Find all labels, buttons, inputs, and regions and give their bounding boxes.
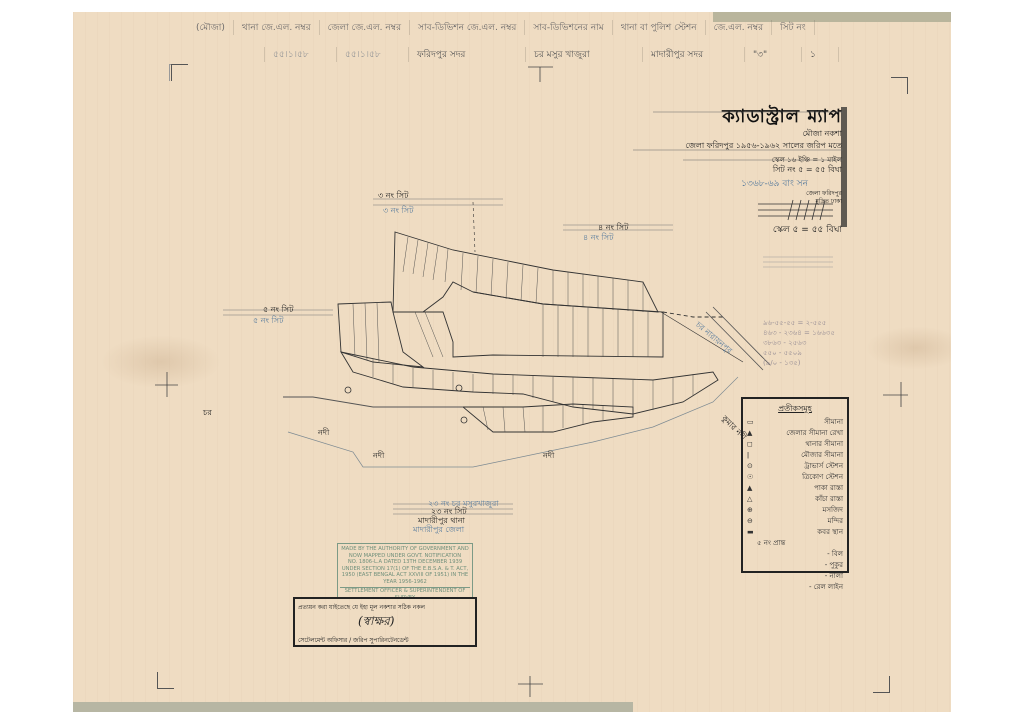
legend-item: ⊕মসজিদ xyxy=(747,505,843,515)
signature: (স্বাক্ষর) xyxy=(298,613,472,633)
legend-item: ⊙ট্রাভার্স স্টেশন xyxy=(747,461,843,471)
map-sheet: (মৌজা) থানা জে.এল. নম্বর জেলা জে.এল. নম্… xyxy=(73,12,951,712)
legend-symbol-icon: ◻ xyxy=(747,440,757,448)
stamp-line: NO. 1806-L.A DATED 13TH DECEMBER 1939 xyxy=(340,559,470,566)
legend-symbol-icon: ⊙ xyxy=(747,462,757,470)
legend-item: ▬কবর স্থান xyxy=(747,527,843,537)
legend-item: ৫ নং প্রান্ত xyxy=(747,538,843,548)
legend-item: ▲পাকা রাস্তা xyxy=(747,483,843,493)
government-stamp: MADE BY THE AUTHORITY OF GOVERNMENT AND … xyxy=(337,543,473,598)
legend-symbol-icon: ▲ xyxy=(747,429,757,437)
legend-symbol-icon: ☉ xyxy=(747,473,757,481)
map-label-river: নদী xyxy=(318,427,329,440)
sheet-label-blue: ৩ নং সিট xyxy=(383,205,413,218)
pencil-note: (৯/০ - ১৩৫) xyxy=(763,357,801,369)
stamp-line: 1950 (EAST BENGAL ACT XXVIII OF 1951) IN… xyxy=(340,572,470,579)
legend-symbol-icon: ⊖ xyxy=(747,517,757,525)
legend-symbol-icon: ▲ xyxy=(747,484,757,492)
certificate-box: প্রত্যয়ন করা যাইতেছে যে ইহা মূল নকশার স… xyxy=(293,597,477,647)
map-label-river: নদী xyxy=(543,450,554,463)
legend-item: ☉ত্রিকোণ স্টেশন xyxy=(747,472,843,482)
legend-item: ǀমৌজার সীমানা xyxy=(747,450,843,460)
legend-item: - পুকুর xyxy=(747,560,843,570)
sheet-label-blue: ৪ নং সিট xyxy=(583,232,613,245)
legend-item: △কাঁচা রাস্তা xyxy=(747,494,843,504)
legend-item: ▲জেলার সীমানা রেখা xyxy=(747,428,843,438)
map-label-char: চর xyxy=(203,407,212,420)
legend-item: - বিল xyxy=(747,549,843,559)
certificate-bottom-line: সেটেলমেন্ট অফিসার / জরিপ সুপারিনটেনডেন্ট xyxy=(298,635,472,646)
legend-symbol-icon: ⊕ xyxy=(747,506,757,514)
stamp-line: MADE BY THE AUTHORITY OF GOVERNMENT AND xyxy=(340,546,470,553)
legend-item: ▭সীমানা xyxy=(747,417,843,427)
sheet-label-blue: ৫ নং সিট xyxy=(253,315,283,328)
legend-item: - রেল লাইন xyxy=(747,582,843,592)
legend-box: প্রতীকসমূহ ▭সীমানা ▲জেলার সীমানা রেখা ◻থ… xyxy=(741,397,849,573)
legend-symbol-icon: △ xyxy=(747,495,757,503)
bottom-label-line: মাদারীপুর জেলা xyxy=(413,524,464,537)
legend-symbol-icon: ▭ xyxy=(747,418,757,426)
sheet-label: ৩ নং সিট xyxy=(378,190,408,203)
stamp-line: YEAR 1956-1962 xyxy=(340,579,470,586)
legend-title: প্রতীকসমূহ xyxy=(743,403,847,416)
cadastral-plot-drawing xyxy=(73,12,951,712)
certificate-top-line: প্রত্যয়ন করা যাইতেছে যে ইহা মূল নকশার স… xyxy=(298,602,472,613)
legend-symbol-icon: ǀ xyxy=(747,451,757,459)
legend-label: - রেল লাইন xyxy=(757,581,843,593)
legend-item: ◻থানার সীমানা xyxy=(747,439,843,449)
map-label-river: নদী xyxy=(373,450,384,463)
legend-item: ⊖মন্দির xyxy=(747,516,843,526)
legend-item: - নালা xyxy=(747,571,843,581)
legend-symbol-icon: ▬ xyxy=(747,528,757,536)
